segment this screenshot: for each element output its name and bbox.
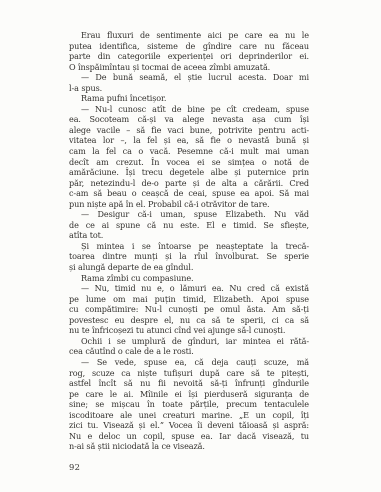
text-line: O înspăimîntau și tocmai de aceea zîmbi …	[69, 62, 309, 73]
text-line: — Nu-l cunosc atît de bine pe cît credea…	[69, 104, 309, 115]
text-line: rog, scuze ca niște tufișuri după care s…	[69, 368, 309, 379]
text-line: sine; se mișcau în toate părțile, precum…	[69, 399, 309, 410]
text-line: de ce ai spune că nu este. El e timid. S…	[69, 220, 309, 231]
text-line: pun niște apă în el. Probabil că-i otrăv…	[69, 199, 309, 210]
text-line: Rama zîmbi cu compasiune.	[69, 273, 309, 284]
text-line: putea identifica, sisteme de gîndire car…	[69, 41, 309, 52]
text-line: Nu e deloc un copil, spuse ea. Iar dacă …	[69, 431, 309, 442]
text-line: parte din categoriile experienței ori de…	[69, 51, 309, 62]
text-line: povestesc eu despre el, nu ca să te sper…	[69, 315, 309, 326]
text-line: — De bună seamă, el știe lucrul acesta. …	[69, 72, 309, 83]
text-line: și alungă departe de ea gîndul.	[69, 262, 309, 273]
text-line: Rama pufni încetișor.	[69, 93, 309, 104]
text-line: n-ai să știi niciodată la ce visează.	[69, 441, 309, 452]
text-line: c-am să beau o ceașcă de ceai, spuse ea …	[69, 188, 309, 199]
text-line: cea căutînd o cale de a le rosti.	[69, 346, 309, 357]
text-line: zici tu. Visează și el.” Vocea îi deveni…	[69, 420, 309, 431]
text-line: atîta tot.	[69, 230, 309, 241]
book-page: Erau fluxuri de sentimente aici pe care …	[0, 0, 381, 492]
text-line: Erau fluxuri de sentimente aici pe care …	[69, 30, 309, 41]
text-line: — Se vede, spuse ea, că deja cauți scuze…	[69, 357, 309, 368]
text-line: toarea dintre munți și la rîul învolbura…	[69, 251, 309, 262]
text-line: pe care le ai. Mîinile ei își pierduseră…	[69, 389, 309, 400]
text-line: Ochii i se umplură de gînduri, iar minte…	[69, 336, 309, 347]
page-number: 92	[69, 462, 80, 472]
text-line: nu te înfricoșezi tu atunci cînd vei aju…	[69, 325, 309, 336]
text-line: Și mintea i se întoarse pe neașteptate l…	[69, 241, 309, 252]
text-line: l-a spus.	[69, 83, 309, 94]
text-line: alege vacile – să fie vaci bune, potrivi…	[69, 125, 309, 136]
text-line: cam la fel ca o vacă. Pesemne că-i mult …	[69, 146, 309, 157]
page-text: Erau fluxuri de sentimente aici pe care …	[69, 30, 309, 452]
text-line: pe lume om mai puțin timid, Elizabeth. A…	[69, 294, 309, 305]
text-line: — Nu, timid nu e, o lămuri ea. Nu cred c…	[69, 283, 309, 294]
text-line: păr, netezindu-l de-o parte și de alta a…	[69, 178, 309, 189]
text-line: cu compătimire: Nu-l cunoști pe omul ăst…	[69, 304, 309, 315]
text-line: — Desigur că-i uman, spuse Elizabeth. Nu…	[69, 209, 309, 220]
text-line: vitatea lor –, la fel și ea, să fie o ne…	[69, 135, 309, 146]
text-line: decît am crezut. În vocea ei se simțea o…	[69, 157, 309, 168]
text-line: ea. Socoteam că-și va alege nevasta așa …	[69, 114, 309, 125]
text-line: amărăciune. Își trecu degetele albe și p…	[69, 167, 309, 178]
text-line: astfel încît să nu fii nevoită să-ți înf…	[69, 378, 309, 389]
text-line: iscoditoare ale unei creaturi marine. „E…	[69, 410, 309, 421]
